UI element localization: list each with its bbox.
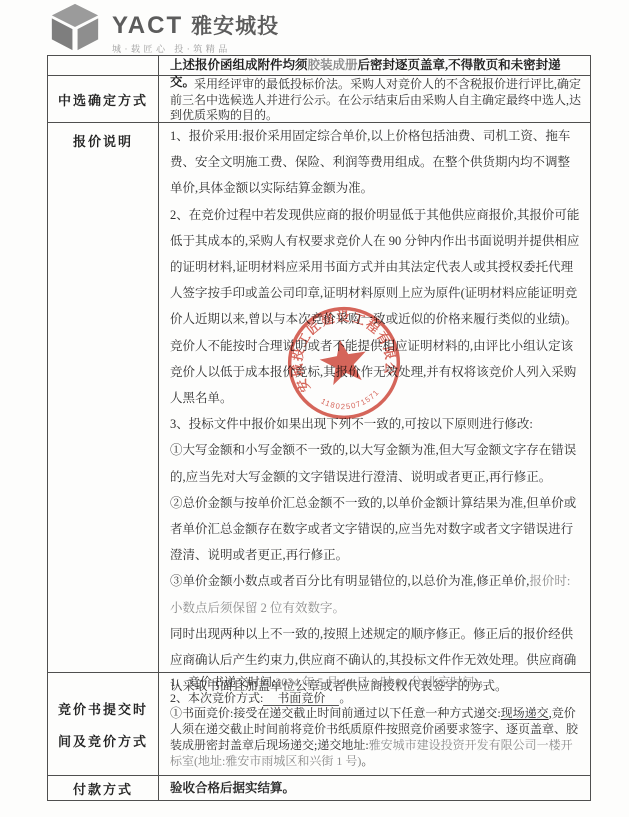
method-period: 。 [339, 691, 351, 705]
quotation-notes-label: 报价说明 [48, 123, 159, 672]
document-page: YACT 雅安城投 城·载匠心 投·筑精品 上述报价函组成附件均须胶装成册后密封… [0, 0, 629, 817]
submission-paragraph-detail: ①书面竞价:接受在递交截止时间前通过以下任意一种方式递交:现场递交,竞价人须在递… [170, 706, 582, 769]
payment-label: 付款方式 [48, 776, 159, 800]
submission-label: 竞价书提交时 间及竞价方式 [48, 673, 159, 775]
deadline-value: 2024 年 5 月 14 日 9 时 00 分(北京时间) [275, 675, 478, 689]
payment-text: 验收合格后据实结算。 [159, 776, 590, 800]
binding-note-text: 上述报价函组成附件均须胶装成册后密封逐页盖章,不得散页和未密封递交。 [159, 56, 590, 75]
submission-line-deadline: 1、竞价书递交时间:2024 年 5 月 14 日 9 时 00 分(北京时间)… [170, 675, 582, 691]
brand-block: YACT 雅安城投 城·载匠心 投·筑精品 [112, 3, 279, 55]
method-value: 书面竞价 [263, 691, 339, 706]
detail-intro: ①书面竞价:接受在递交截止时间前通过以下任意一种方式递交: [170, 706, 501, 720]
detail-onsite-underlined: 现场递交 [501, 706, 549, 720]
empty-label-cell [48, 56, 159, 75]
quote-paragraph-6: ③单价金额小数点或者百分比有明显错位的,以总价为准,修正单价,报价时:小数点后须… [170, 568, 582, 620]
table-row-payment: 付款方式 验收合格后据实结算。 [48, 776, 590, 800]
submission-label-line1: 竞价书提交时 [58, 699, 148, 718]
quote-paragraph-2: 2、在竞价过程中若发现供应商的报价明显低于其他供应商报价,其报价可能低于其成本的… [170, 202, 582, 412]
selection-method-label: 中选确定方式 [48, 76, 159, 122]
company-letterhead: YACT 雅安城投 城·载匠心 投·筑精品 [48, 3, 279, 55]
brand-name-cn: 雅安城投 [191, 10, 279, 40]
brand-name-en: YACT [112, 12, 183, 40]
note-seg2-filled: 胶装成册 [308, 58, 358, 72]
quote-paragraph-4: ①大写金额和小写金额不一致的,以大写金额为准,但大写金额文字存在错误的,应当先对… [170, 437, 582, 489]
cube-logo-icon [48, 3, 102, 51]
detail-period: 。 [361, 754, 373, 768]
table-row-quotation-notes: 报价说明 1、报价采用:报价采用固定综合单价,以上价格包括油费、司机工资、拖车费… [48, 123, 590, 673]
quote-paragraph-1: 1、报价采用:报价采用固定综合单价,以上价格包括油费、司机工资、拖车费、安全文明… [170, 123, 582, 202]
table-row-submission: 竞价书提交时 间及竞价方式 1、竞价书递交时间:2024 年 5 月 14 日 … [48, 673, 590, 776]
deadline-period: 。 [478, 675, 490, 689]
brand-tagline: 城·载匠心 投·筑精品 [112, 42, 279, 55]
quote-paragraph-5: ②总价金额与按单价汇总金额不一致的,以单价金额计算结果为准,但单价或者单价汇总金… [170, 490, 582, 569]
submission-text: 1、竞价书递交时间:2024 年 5 月 14 日 9 时 00 分(北京时间)… [159, 673, 590, 775]
table-row-binding-note: 上述报价函组成附件均须胶装成册后密封逐页盖章,不得散页和未密封递交。 [48, 56, 590, 76]
quote-paragraph-3: 3、投标文件中报价如果出现下列不一致的,可按以下原则进行修改: [170, 411, 582, 437]
method-caption: 2、本次竞价方式: [170, 691, 263, 705]
submission-label-line2: 间及竞价方式 [58, 731, 148, 750]
table-row-selection-method: 中选确定方式 采用经评审的最低投标价法。采购人对竞价人的不含税报价进行评比,确定… [48, 76, 590, 123]
selection-method-text: 采用经评审的最低投标价法。采购人对竞价人的不含税报价进行评比,确定前三名中选候选… [159, 76, 590, 122]
note-seg1: 上述报价函组成附件均须 [170, 58, 308, 72]
deadline-caption: 1、竞价书递交时间: [170, 675, 275, 689]
submission-line-method: 2、本次竞价方式:书面竞价。 [170, 691, 582, 707]
bid-terms-table: 上述报价函组成附件均须胶装成册后密封逐页盖章,不得散页和未密封递交。 中选确定方… [47, 55, 591, 801]
quotation-notes-text: 1、报价采用:报价采用固定综合单价,以上价格包括油费、司机工资、拖车费、安全文明… [159, 123, 590, 672]
quote-p6-main: ③单价金额小数点或者百分比有明显错位的,以总价为准,修正单价, [170, 574, 529, 588]
